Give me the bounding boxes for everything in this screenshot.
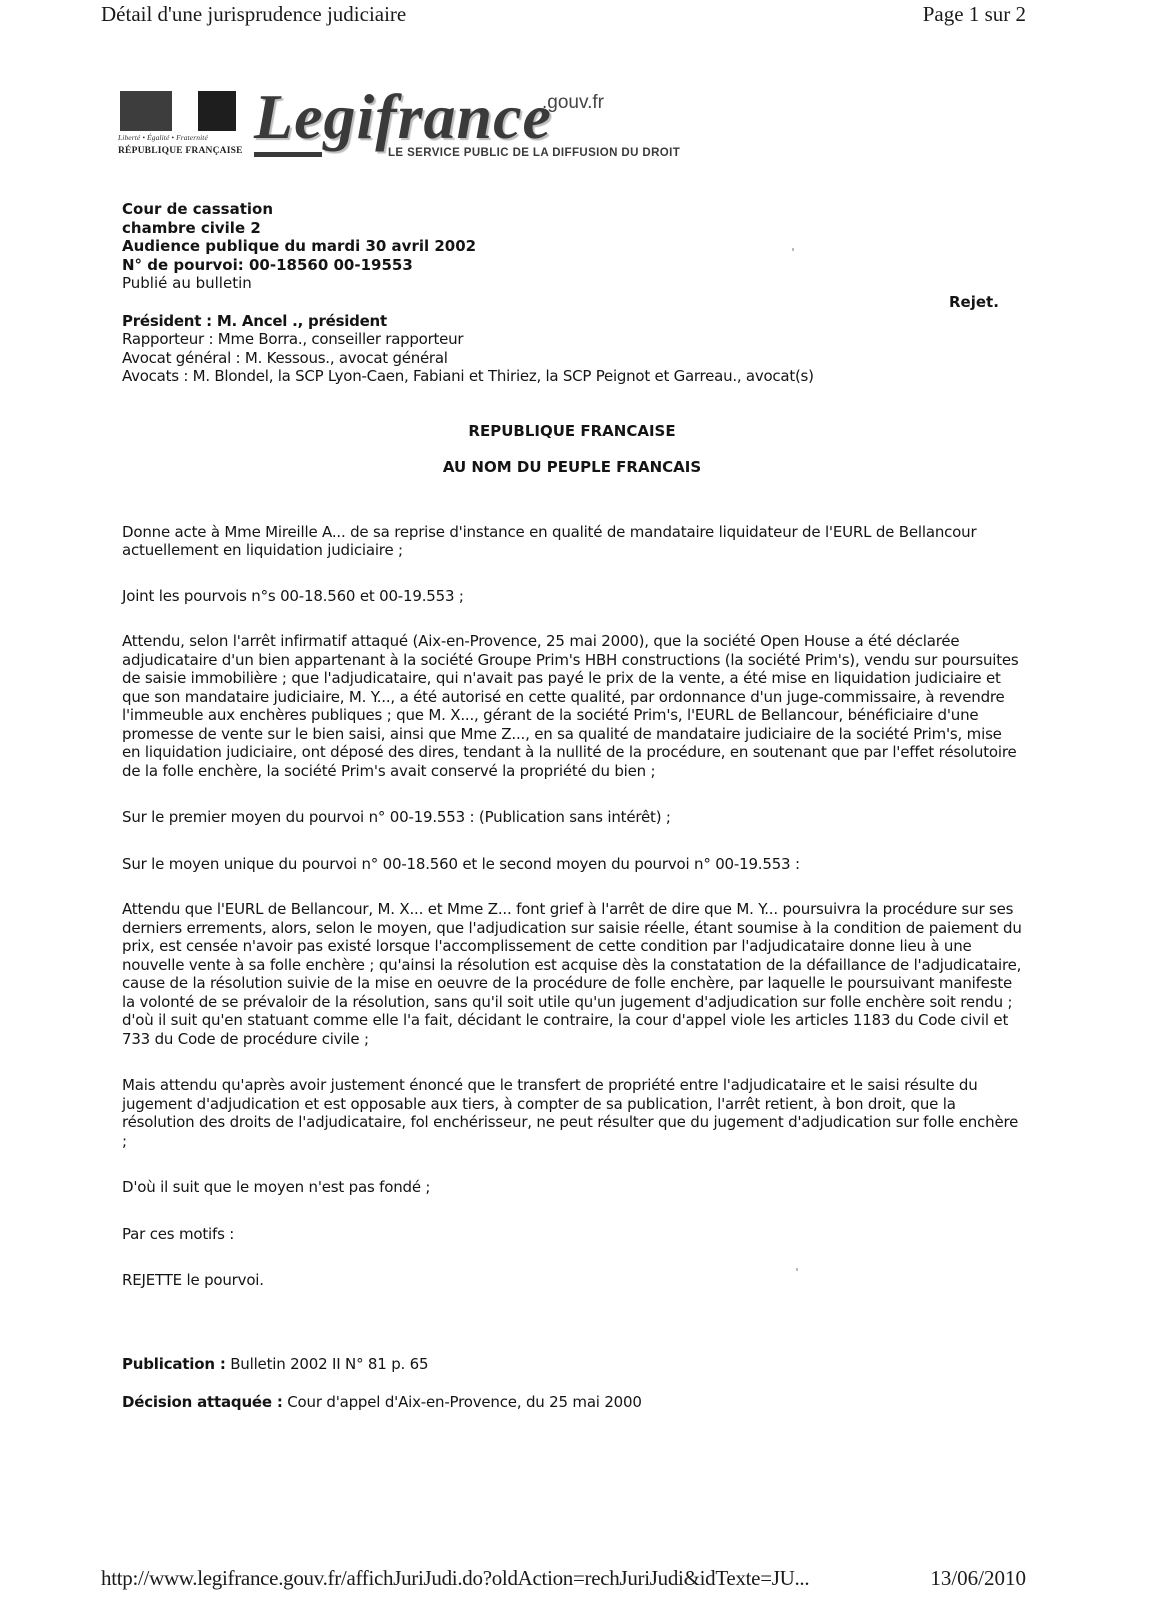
paragraph-dou-il-suit: D'où il suit que le moyen n'est pas fond… <box>122 1178 1022 1197</box>
print-header-title: Détail d'une jurisprudence judiciaire <box>101 2 406 27</box>
decision-attaquee-reference: Décision attaquée : Cour d'appel d'Aix-e… <box>122 1393 1022 1412</box>
legifrance-logo: Liberté • Égalité • Fraternité RÉPUBLIQU… <box>118 88 698 170</box>
legifrance-domain-suffix: .gouv.fr <box>542 92 604 114</box>
publication-status: Publié au bulletin <box>122 274 1022 293</box>
print-date: 13/06/2010 <box>930 1566 1026 1591</box>
publication-value: Bulletin 2002 II N° 81 p. 65 <box>230 1355 428 1373</box>
paragraph-attendu-1: Attendu, selon l'arrêt infirmatif attaqu… <box>122 632 1022 780</box>
heading-republique: REPUBLIQUE FRANCAISE <box>122 422 1022 441</box>
president: Président : M. Ancel ., président <box>122 312 1022 331</box>
republic-motto: Liberté • Égalité • Fraternité <box>118 133 238 142</box>
paragraph-donne-acte: Donne acte à Mme Mireille A... de sa rep… <box>122 523 1022 560</box>
scan-speck <box>796 1268 798 1271</box>
publication-label: Publication : <box>122 1355 226 1373</box>
marianne-flag-icon <box>120 91 236 131</box>
publication-reference: Publication : Bulletin 2002 II N° 81 p. … <box>122 1355 1022 1374</box>
court-composition: Président : M. Ancel ., président Rappor… <box>122 312 1022 386</box>
paragraph-rejette: REJETTE le pourvoi. <box>122 1271 1022 1290</box>
decision-document: Cour de cassation chambre civile 2 Audie… <box>122 200 1022 1412</box>
print-footer: http://www.legifrance.gouv.fr/affichJuri… <box>0 1566 1154 1596</box>
legifrance-wordmark: Legifrance <box>254 80 552 154</box>
chamber-name: chambre civile 2 <box>122 219 1022 238</box>
hearing-date: Audience publique du mardi 30 avril 2002 <box>122 237 1022 256</box>
paragraph-mais-attendu: Mais attendu qu'après avoir justement én… <box>122 1076 1022 1150</box>
avocats: Avocats : M. Blondel, la SCP Lyon-Caen, … <box>122 367 1022 386</box>
source-url: http://www.legifrance.gouv.fr/affichJuri… <box>101 1566 809 1591</box>
legifrance-tagline: LE SERVICE PUBLIC DE LA DIFFUSION DU DRO… <box>388 147 680 159</box>
print-header: Détail d'une jurisprudence judiciaire Pa… <box>0 2 1154 32</box>
republic-name: RÉPUBLIQUE FRANÇAISE <box>118 146 238 156</box>
heading-peuple: AU NOM DU PEUPLE FRANCAIS <box>122 458 1022 477</box>
paragraph-sur-premier-moyen: Sur le premier moyen du pourvoi n° 00-19… <box>122 808 1022 827</box>
paragraph-joint: Joint les pourvois n°s 00-18.560 et 00-1… <box>122 587 1022 606</box>
logo-rule <box>254 152 322 157</box>
court-name: Cour de cassation <box>122 200 1022 219</box>
decision-attaquee-label: Décision attaquée : <box>122 1393 283 1411</box>
appeal-numbers: N° de pourvoi: 00-18560 00-19553 <box>122 256 1022 275</box>
scan-speck <box>792 248 794 251</box>
rapporteur: Rapporteur : Mme Borra., conseiller rapp… <box>122 330 1022 349</box>
paragraph-sur-moyen-unique: Sur le moyen unique du pourvoi n° 00-18.… <box>122 855 1022 874</box>
page-number: Page 1 sur 2 <box>923 2 1026 27</box>
decision-metadata: Cour de cassation chambre civile 2 Audie… <box>122 200 1022 293</box>
avocat-general: Avocat général : M. Kessous., avocat gén… <box>122 349 1022 368</box>
marianne-emblem-icon: Liberté • Égalité • Fraternité RÉPUBLIQU… <box>118 88 238 163</box>
paragraph-attendu-2: Attendu que l'EURL de Bellancour, M. X..… <box>122 900 1022 1048</box>
decision-attaquee-value: Cour d'appel d'Aix-en-Provence, du 25 ma… <box>287 1393 641 1411</box>
paragraph-par-ces-motifs: Par ces motifs : <box>122 1225 1022 1244</box>
